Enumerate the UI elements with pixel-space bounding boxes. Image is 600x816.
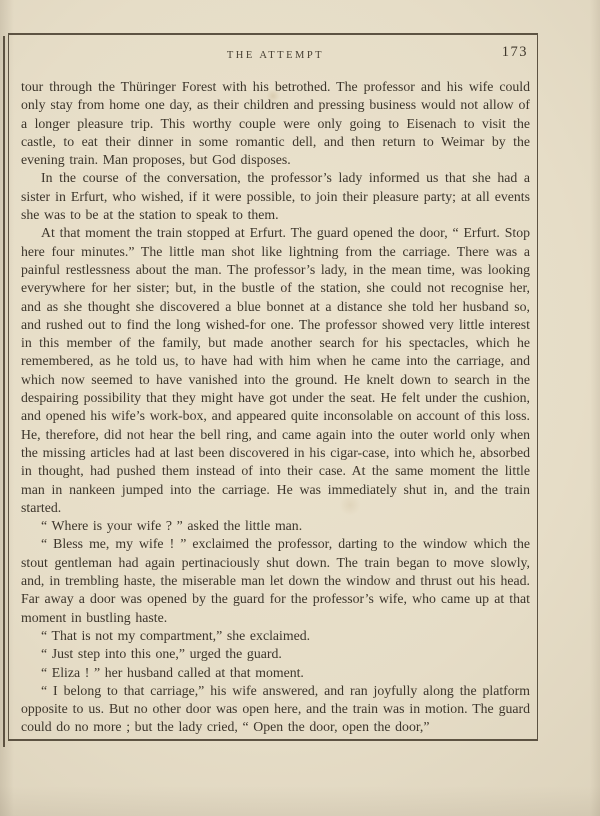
running-head: THE ATTEMPT 173 <box>21 46 530 66</box>
paragraph: “ That is not my compartment,” she excla… <box>21 627 530 645</box>
paragraph: “ Where is your wife ? ” asked the littl… <box>21 517 530 535</box>
book-page: THE ATTEMPT 173 tour through the Thüring… <box>0 0 600 816</box>
paragraph: tour through the Thüringer Forest with h… <box>21 78 530 169</box>
body-text: tour through the Thüringer Forest with h… <box>21 78 530 737</box>
paragraph: “ Bless me, my wife ! ” exclaimed the pr… <box>21 535 530 626</box>
page-content: THE ATTEMPT 173 tour through the Thüring… <box>21 46 530 737</box>
paragraph: “ Eliza ! ” her husband called at that m… <box>21 664 530 682</box>
paragraph: In the course of the conversation, the p… <box>21 169 530 224</box>
paragraph: At that moment the train stopped at Erfu… <box>21 224 530 517</box>
page-edge-rule <box>3 36 5 747</box>
paragraph: “ Just step into this one,” urged the gu… <box>21 645 530 663</box>
running-header-title: THE ATTEMPT <box>21 46 530 61</box>
paragraph: “ I belong to that carriage,” his wife a… <box>21 682 530 737</box>
page-number: 173 <box>502 44 528 61</box>
